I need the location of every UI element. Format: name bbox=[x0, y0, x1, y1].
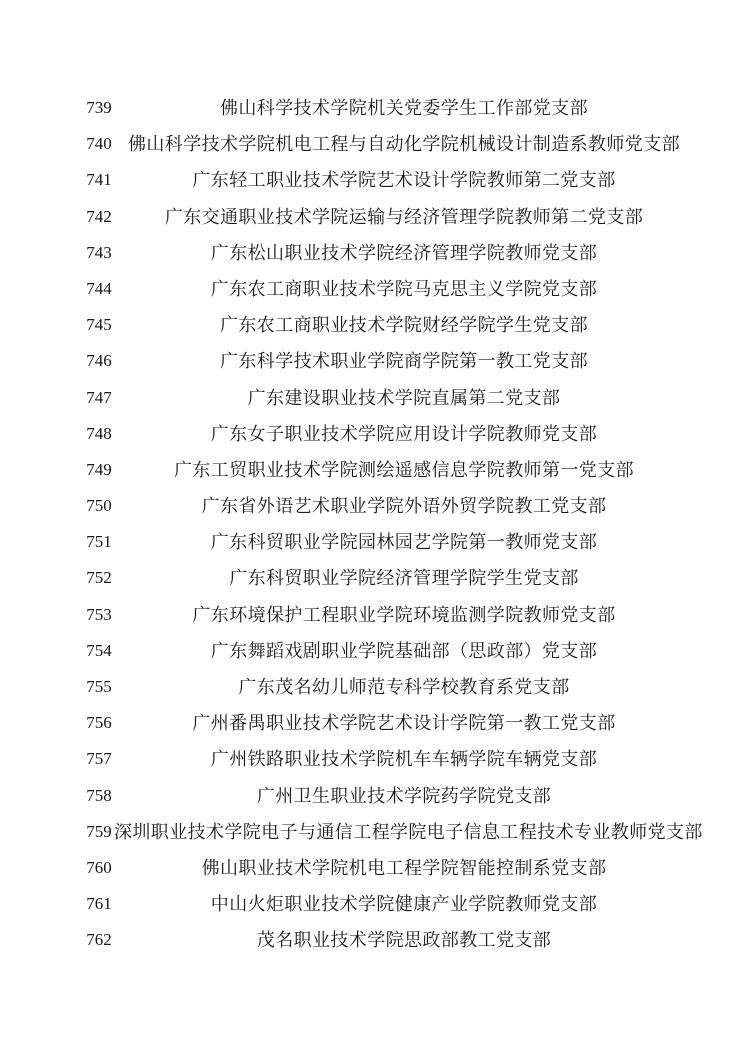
branch-name: 广东科学技术职业学院商学院第一教工党支部 bbox=[114, 343, 694, 379]
branch-name: 深圳职业技术学院电子与通信工程学院电子信息工程技术专业教师党支部 bbox=[114, 814, 694, 850]
branch-name: 广东环境保护工程职业学院环境监测学院教师党支部 bbox=[114, 597, 694, 633]
branch-name: 广东农工商职业技术学院马克思主义学院党支部 bbox=[114, 271, 694, 307]
list-item: 748 广东女子职业技术学院应用设计学院教师党支部 bbox=[0, 416, 750, 452]
list-item: 751 广东科贸职业学院园林园艺学院第一教师党支部 bbox=[0, 524, 750, 560]
branch-name: 广东科贸职业学院经济管理学院学生党支部 bbox=[114, 560, 694, 596]
branch-name: 广东省外语艺术职业学院外语外贸学院教工党支部 bbox=[114, 488, 694, 524]
branch-name: 广州番禺职业技术学院艺术设计学院第一教工党支部 bbox=[114, 705, 694, 741]
list-item: 747 广东建设职业技术学院直属第二党支部 bbox=[0, 380, 750, 416]
list-item: 750 广东省外语艺术职业学院外语外贸学院教工党支部 bbox=[0, 488, 750, 524]
branch-name: 广东建设职业技术学院直属第二党支部 bbox=[114, 380, 694, 416]
branch-name: 广东松山职业技术学院经济管理学院教师党支部 bbox=[114, 235, 694, 271]
list-item: 757 广州铁路职业技术学院机车车辆学院车辆党支部 bbox=[0, 741, 750, 777]
branch-list: 739 佛山科学技术学院机关党委学生工作部党支部 740 佛山科学技术学院机电工… bbox=[0, 90, 750, 959]
list-item: 741 广东轻工职业技术学院艺术设计学院教师第二党支部 bbox=[0, 162, 750, 198]
list-item: 744 广东农工商职业技术学院马克思主义学院党支部 bbox=[0, 271, 750, 307]
branch-name: 广东茂名幼儿师范专科学校教育系党支部 bbox=[114, 669, 694, 705]
branch-name: 中山火炬职业技术学院健康产业学院教师党支部 bbox=[114, 886, 694, 922]
branch-name: 广东交通职业技术学院运输与经济管理学院教师第二党支部 bbox=[114, 199, 694, 235]
branch-name: 广东舞蹈戏剧职业学院基础部（思政部）党支部 bbox=[114, 633, 694, 669]
list-item: 760 佛山职业技术学院机电工程学院智能控制系党支部 bbox=[0, 850, 750, 886]
list-item: 740 佛山科学技术学院机电工程与自动化学院机械设计制造系教师党支部 bbox=[0, 126, 750, 162]
branch-name: 广州卫生职业技术学院药学院党支部 bbox=[114, 778, 694, 814]
branch-name: 佛山科学技术学院机关党委学生工作部党支部 bbox=[114, 90, 694, 126]
list-item: 758 广州卫生职业技术学院药学院党支部 bbox=[0, 778, 750, 814]
branch-name: 茂名职业技术学院思政部教工党支部 bbox=[114, 922, 694, 958]
list-item: 742 广东交通职业技术学院运输与经济管理学院教师第二党支部 bbox=[0, 199, 750, 235]
branch-name: 佛山科学技术学院机电工程与自动化学院机械设计制造系教师党支部 bbox=[114, 126, 694, 162]
list-item: 753 广东环境保护工程职业学院环境监测学院教师党支部 bbox=[0, 597, 750, 633]
list-item: 743 广东松山职业技术学院经济管理学院教师党支部 bbox=[0, 235, 750, 271]
list-item: 759 深圳职业技术学院电子与通信工程学院电子信息工程技术专业教师党支部 bbox=[0, 814, 750, 850]
list-item: 754 广东舞蹈戏剧职业学院基础部（思政部）党支部 bbox=[0, 633, 750, 669]
branch-name: 广东轻工职业技术学院艺术设计学院教师第二党支部 bbox=[114, 162, 694, 198]
list-item: 756 广州番禺职业技术学院艺术设计学院第一教工党支部 bbox=[0, 705, 750, 741]
list-item: 761 中山火炬职业技术学院健康产业学院教师党支部 bbox=[0, 886, 750, 922]
list-item: 762 茂名职业技术学院思政部教工党支部 bbox=[0, 922, 750, 958]
branch-name: 佛山职业技术学院机电工程学院智能控制系党支部 bbox=[114, 850, 694, 886]
branch-name: 广东农工商职业技术学院财经学院学生党支部 bbox=[114, 307, 694, 343]
document-page: 739 佛山科学技术学院机关党委学生工作部党支部 740 佛山科学技术学院机电工… bbox=[0, 0, 750, 1061]
list-item: 745 广东农工商职业技术学院财经学院学生党支部 bbox=[0, 307, 750, 343]
branch-name: 广州铁路职业技术学院机车车辆学院车辆党支部 bbox=[114, 741, 694, 777]
list-item: 749 广东工贸职业技术学院测绘遥感信息学院教师第一党支部 bbox=[0, 452, 750, 488]
branch-name: 广东科贸职业学院园林园艺学院第一教师党支部 bbox=[114, 524, 694, 560]
branch-name: 广东女子职业技术学院应用设计学院教师党支部 bbox=[114, 416, 694, 452]
list-item: 752 广东科贸职业学院经济管理学院学生党支部 bbox=[0, 560, 750, 596]
list-item: 755 广东茂名幼儿师范专科学校教育系党支部 bbox=[0, 669, 750, 705]
list-item: 746 广东科学技术职业学院商学院第一教工党支部 bbox=[0, 343, 750, 379]
list-item: 739 佛山科学技术学院机关党委学生工作部党支部 bbox=[0, 90, 750, 126]
branch-name: 广东工贸职业技术学院测绘遥感信息学院教师第一党支部 bbox=[114, 452, 694, 488]
